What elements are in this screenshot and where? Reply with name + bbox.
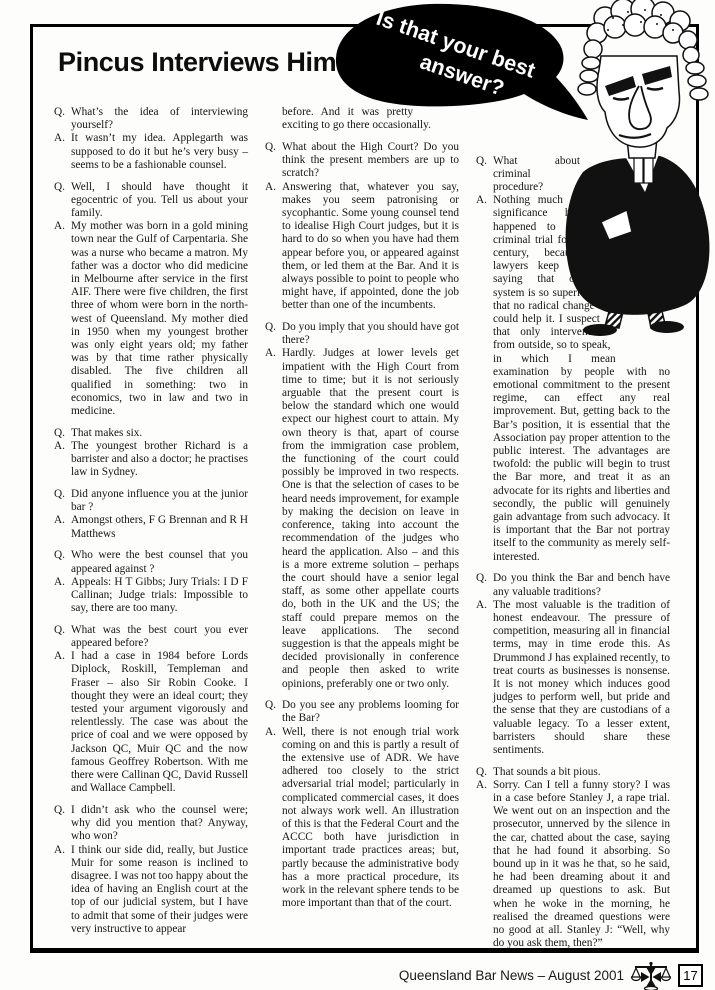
answer-item: A.Sorry. Can I tell a funny story? I was… [476, 779, 670, 951]
qa-marker: Q. [265, 321, 276, 334]
question-item: Q.What was the best court you ever appea… [54, 624, 248, 650]
question-item: Q.What about the High Court? Do you thin… [265, 141, 459, 181]
qa-marker: Q. [476, 766, 487, 779]
qa-marker: A. [54, 220, 65, 233]
qa-marker: A. [54, 514, 65, 527]
qa-marker: A. [476, 779, 487, 792]
qa-marker: Q. [54, 106, 65, 119]
qa-marker: Q. [476, 572, 487, 585]
qa-marker: Q. [54, 488, 65, 501]
question-item: Q.Do you imply that you should have got … [265, 321, 459, 347]
column-2: before. And it was pretty exciting to go… [265, 106, 459, 952]
magazine-page: Pincus Interviews Himself Q.What’s the i… [0, 0, 715, 990]
qa-marker: A. [54, 844, 65, 857]
answer-item: A.The most valuable is the tradition of … [476, 599, 670, 757]
question-item: Q.Did anyone influence you at the junior… [54, 488, 248, 514]
qa-marker: Q. [265, 141, 276, 154]
answer-item: A.It wasn’t my idea. Applegarth was supp… [54, 132, 248, 172]
qa-marker: Q. [476, 155, 487, 168]
question-item: Q.That makes six. [54, 427, 248, 440]
qa-marker: Q. [54, 181, 65, 194]
qa-marker: A. [54, 440, 65, 453]
qa-marker: A. [265, 181, 276, 194]
answer-item: A.My mother was born in a gold mining to… [54, 220, 248, 418]
speech-bubble: Is that your best answer? [320, 0, 590, 130]
question-item: Q.Do you think the Bar and bench have an… [476, 572, 670, 598]
answer-item: A.Amongst others, F G Brennan and R H Ma… [54, 514, 248, 540]
answer-item: A.Appeals: H T Gibbs; Jury Trials: I D F… [54, 576, 248, 616]
answer-item: A.The youngest brother Richard is a barr… [54, 440, 248, 480]
question-item: Q.Do you see any problems looming for th… [265, 699, 459, 725]
scales-of-justice-icon [631, 961, 671, 990]
question-item: Q.What’s the idea of interviewing yourse… [54, 106, 248, 132]
qa-marker: A. [476, 599, 487, 612]
answer-item: A.Well, there is not enough trial work c… [265, 726, 459, 911]
qa-marker: A. [265, 347, 276, 360]
answer-item: A.I think our side did, really, but Just… [54, 844, 248, 936]
qa-marker: Q. [54, 549, 65, 562]
question-item: Q.Who were the best counsel that you app… [54, 549, 248, 575]
qa-marker: A. [54, 576, 65, 589]
qa-marker: A. [476, 194, 487, 207]
page-number-badge: 17 [678, 964, 703, 987]
question-item: Q.I didn’t ask who the counsel were; why… [54, 804, 248, 844]
qa-marker: A. [54, 132, 65, 145]
qa-marker: A. [54, 650, 65, 663]
qa-marker: Q. [54, 804, 65, 817]
answer-item: A.I had a case in 1984 before Lords Dipl… [54, 650, 248, 795]
qa-marker: Q. [265, 699, 276, 712]
qa-marker: Q. [54, 427, 65, 440]
question-item: Q.Well, I should have thought it egocent… [54, 181, 248, 221]
qa-marker: A. [265, 726, 276, 739]
answer-item: A.Hardly. Judges at lower levels get imp… [265, 347, 459, 690]
page-footer: Queensland Bar News – August 2001 17 [0, 961, 703, 990]
publication-name: Queensland Bar News – August 2001 [399, 968, 624, 983]
qa-marker: Q. [54, 624, 65, 637]
answer-item: A.Answering that, whatever you say, make… [265, 181, 459, 313]
question-item: Q.That sounds a bit pious. [476, 766, 670, 779]
column-1: Q.What’s the idea of interviewing yourse… [54, 106, 248, 952]
